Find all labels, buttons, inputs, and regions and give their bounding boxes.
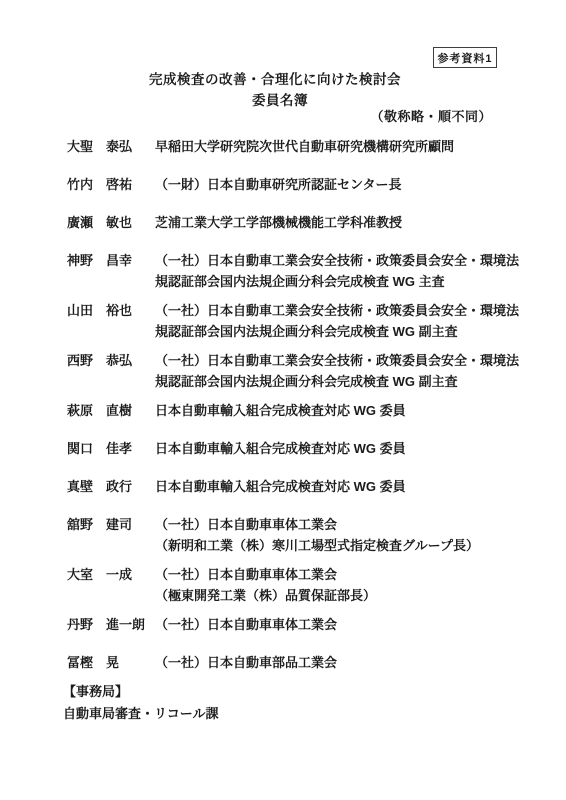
secretariat-section: 【事務局】 自動車局審査・リコール課	[63, 681, 218, 725]
reference-label: 参考資料1	[437, 50, 492, 66]
member-affiliation-line: 規認証部会国内法規企画分科会完成検査 WG 主査	[155, 271, 538, 292]
member-name: 萩原 直樹	[67, 400, 155, 421]
member-row: 大聖 泰弘 早稲田大学研究院次世代自動車研究機構研究所顧問	[67, 136, 538, 157]
member-affiliation-line: （極東開発工業（株）品質保証部長）	[155, 585, 538, 606]
member-affiliation-line: （一社）日本自動車車体工業会	[155, 564, 538, 585]
member-row: 舘野 建司 （一社）日本自動車車体工業会（新明和工業（株）寒川工場型式指定検査グ…	[67, 514, 538, 556]
member-row: 丹野 進一朗 （一社）日本自動車車体工業会	[67, 614, 538, 635]
member-name: 神野 昌幸	[67, 250, 155, 271]
member-row: 神野 昌幸 （一社）日本自動車工業会安全技術・政策委員会安全・環境法規認証部会国…	[67, 250, 538, 292]
member-row: 関口 佳孝 日本自動車輸入組合完成検査対応 WG 委員	[67, 438, 538, 459]
member-row: 冨樫 晃 （一社）日本自動車部品工業会	[67, 652, 538, 673]
member-affiliation-line: 規認証部会国内法規企画分科会完成検査 WG 副主査	[155, 321, 538, 342]
member-affiliation: （一社）日本自動車工業会安全技術・政策委員会安全・環境法規認証部会国内法規企画分…	[155, 300, 538, 342]
member-affiliation-line: （一財）日本自動車研究所認証センター長	[155, 174, 538, 195]
member-affiliation-line: （一社）日本自動車工業会安全技術・政策委員会安全・環境法	[155, 350, 538, 371]
member-row: 真壁 政行 日本自動車輸入組合完成検査対応 WG 委員	[67, 476, 538, 497]
member-name: 丹野 進一朗	[67, 614, 155, 635]
member-name: 廣瀬 敏也	[67, 212, 155, 233]
secretariat-heading: 【事務局】	[63, 681, 218, 703]
member-affiliation-line: （新明和工業（株）寒川工場型式指定検査グループ長）	[155, 535, 538, 556]
secretariat-department: 自動車局審査・リコール課	[63, 703, 218, 725]
page-title: 完成検査の改善・合理化に向けた検討会	[0, 68, 550, 88]
member-affiliation: （一社）日本自動車部品工業会	[155, 652, 538, 673]
member-row: 廣瀬 敏也 芝浦工業大学工学部機械機能工学科准教授	[67, 212, 538, 233]
member-affiliation-line: 芝浦工業大学工学部機械機能工学科准教授	[155, 212, 538, 233]
member-affiliation-line: 規認証部会国内法規企画分科会完成検査 WG 副主査	[155, 371, 538, 392]
member-affiliation-line: 早稲田大学研究院次世代自動車研究機構研究所顧問	[155, 136, 538, 157]
member-name: 大聖 泰弘	[67, 136, 155, 157]
member-affiliation: 芝浦工業大学工学部機械機能工学科准教授	[155, 212, 538, 233]
member-affiliation: （一財）日本自動車研究所認証センター長	[155, 174, 538, 195]
member-row: 大室 一成 （一社）日本自動車車体工業会（極東開発工業（株）品質保証部長）	[67, 564, 538, 606]
member-name: 大室 一成	[67, 564, 155, 585]
member-row: 西野 恭弘 （一社）日本自動車工業会安全技術・政策委員会安全・環境法規認証部会国…	[67, 350, 538, 392]
member-affiliation: （一社）日本自動車工業会安全技術・政策委員会安全・環境法規認証部会国内法規企画分…	[155, 250, 538, 292]
document-page: 参考資料1 完成検査の改善・合理化に向けた検討会 委員名簿 （敬称略・順不同） …	[0, 0, 566, 800]
member-affiliation-line: （一社）日本自動車工業会安全技術・政策委員会安全・環境法	[155, 300, 538, 321]
member-affiliation: （一社）日本自動車車体工業会（新明和工業（株）寒川工場型式指定検査グループ長）	[155, 514, 538, 556]
member-name: 西野 恭弘	[67, 350, 155, 371]
member-affiliation-line: 日本自動車輸入組合完成検査対応 WG 委員	[155, 476, 538, 497]
member-affiliation: 日本自動車輸入組合完成検査対応 WG 委員	[155, 476, 538, 497]
honorific-note: （敬称略・順不同）	[370, 106, 492, 125]
member-affiliation-line: 日本自動車輸入組合完成検査対応 WG 委員	[155, 400, 538, 421]
member-affiliation: 早稲田大学研究院次世代自動車研究機構研究所顧問	[155, 136, 538, 157]
member-affiliation-line: （一社）日本自動車車体工業会	[155, 514, 538, 535]
member-row: 山田 裕也 （一社）日本自動車工業会安全技術・政策委員会安全・環境法規認証部会国…	[67, 300, 538, 342]
member-name: 冨樫 晃	[67, 652, 155, 673]
member-affiliation: （一社）日本自動車工業会安全技術・政策委員会安全・環境法規認証部会国内法規企画分…	[155, 350, 538, 392]
member-name: 真壁 政行	[67, 476, 155, 497]
member-affiliation: 日本自動車輸入組合完成検査対応 WG 委員	[155, 438, 538, 459]
member-affiliation-line: （一社）日本自動車工業会安全技術・政策委員会安全・環境法	[155, 250, 538, 271]
member-name: 舘野 建司	[67, 514, 155, 535]
reference-label-box: 参考資料1	[433, 47, 497, 68]
member-name: 関口 佳孝	[67, 438, 155, 459]
member-name: 山田 裕也	[67, 300, 155, 321]
member-row: 竹内 啓祐 （一財）日本自動車研究所認証センター長	[67, 174, 538, 195]
member-list: 大聖 泰弘 早稲田大学研究院次世代自動車研究機構研究所顧問 竹内 啓祐 （一財）…	[67, 136, 538, 690]
member-row: 萩原 直樹 日本自動車輸入組合完成検査対応 WG 委員	[67, 400, 538, 421]
member-affiliation-line: 日本自動車輸入組合完成検査対応 WG 委員	[155, 438, 538, 459]
member-affiliation-line: （一社）日本自動車車体工業会	[155, 614, 538, 635]
member-affiliation: 日本自動車輸入組合完成検査対応 WG 委員	[155, 400, 538, 421]
member-affiliation: （一社）日本自動車車体工業会	[155, 614, 538, 635]
member-affiliation-line: （一社）日本自動車部品工業会	[155, 652, 538, 673]
member-affiliation: （一社）日本自動車車体工業会（極東開発工業（株）品質保証部長）	[155, 564, 538, 606]
member-name: 竹内 啓祐	[67, 174, 155, 195]
